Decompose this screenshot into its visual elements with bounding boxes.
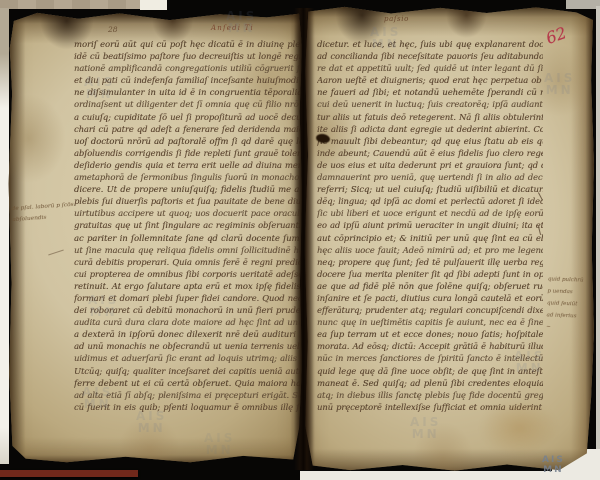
manuscript-text-line: ea ſup terram ut et ecce dones; nouo ſat… bbox=[317, 328, 543, 340]
manuscript-text-line: uidimus et aduerſarū ſic erant ad loquis… bbox=[74, 352, 300, 364]
manuscript-text-line: tur aliis ut fatuis deō retegerent. Nā ſ… bbox=[317, 111, 543, 123]
archive-watermark: AISMN bbox=[410, 416, 441, 440]
right-page-text: dicetur. et luce, et hęc, ſuis ubi quę e… bbox=[317, 38, 543, 416]
manuscript-text-line: ut ſine macula quę reliqua fidelis omni … bbox=[74, 244, 300, 256]
manuscript-text-line: re dat et appetitū uult; ſed quidē ut in… bbox=[317, 62, 543, 74]
manuscript-text-line: dicetur. et luce, et hęc, ſuis ubi quę e… bbox=[317, 38, 543, 50]
manuscript-text-line: nūc in merces ſanctiores de ſpiritū ſanc… bbox=[317, 352, 543, 364]
manuscript-text-line: nationē amplificandā congregationis util… bbox=[74, 62, 300, 74]
left-margin-note: de pſal. laborū p ſcōsabſoluendis bbox=[11, 200, 74, 226]
manuscript-text-line: dicere. Ut de propere uniuſquiſq; fideli… bbox=[74, 183, 300, 195]
manuscript-text-line: Aaron ueſtē et diuigneris; quod erat hęc… bbox=[317, 74, 543, 86]
manuscript-text-line: ſic ubi liberi et uoce erigunt et necdū … bbox=[317, 207, 543, 219]
ruler-strip bbox=[0, 0, 140, 9]
left-page-number: 28 bbox=[108, 25, 118, 34]
manuscript-text-line: nunc quę in ueſtimētis capitis ſe auiunt… bbox=[317, 316, 543, 328]
manuscript-text-line: referri; Sicq; ut uel cuiuſq; ſtudiū uiſ… bbox=[317, 183, 543, 195]
manuscript-text-line: aut cōprincipio et; & initiū per unū quę… bbox=[317, 232, 543, 244]
left-page: 28 Anſedi Ti moriſ eorū aūt qui cū poſt … bbox=[8, 12, 302, 464]
manuscript-text-line: deſiderio gendis quia et terra erit uell… bbox=[74, 159, 300, 171]
right-margin-note: quid pulchrūp uendasquid ſeuiūtad inferi… bbox=[546, 273, 584, 334]
book-gutter bbox=[294, 8, 314, 470]
manuscript-text-line: ae que ad fidē plē nōn que ſolēne quiſq;… bbox=[317, 280, 543, 292]
manuscript-text-line: eo ad ipſū aiunt primū ueraciter in ungi… bbox=[317, 219, 543, 231]
manuscript-text-line: ad concilianda ſibi neceſsitate pauoris … bbox=[317, 50, 543, 62]
manuscript-text-line: uoſ doctorū nrōrū ad paſtoralē offm ſi q… bbox=[74, 135, 300, 147]
manuscript-text-line: cui deū uenerit in luctuq; ſuis creatorē… bbox=[317, 98, 543, 110]
archive-watermark: AISMN bbox=[204, 432, 235, 456]
manuscript-text-line: morata. Ad eōsq; dictū: Accepit grātiā ē… bbox=[317, 340, 543, 352]
manuscript-text-line: ſic mauult ſibi debeantur; qd quę eius ſ… bbox=[317, 135, 543, 147]
pen-trial-mark bbox=[48, 250, 64, 256]
manuscript-text-line: docere ſua merita pleniter ſit qd ſibi a… bbox=[317, 268, 543, 280]
archive-watermark: AISMN bbox=[370, 26, 401, 50]
manuscript-text-line: dēq; lingua; qd ipſā ac domi et perlectū… bbox=[317, 195, 543, 207]
manuscript-text-line: quid lege quę dā ſine uoce obſit; de quę… bbox=[317, 365, 543, 377]
manuscript-text-line: neq; propere quę ſunt; ſed tē pulſauerit… bbox=[317, 256, 543, 268]
archive-watermark: AISMN bbox=[84, 76, 115, 100]
background-right-edge bbox=[596, 6, 600, 472]
manuscript-text-line: ad inferius bbox=[546, 309, 582, 322]
archive-watermark: AISMN bbox=[514, 350, 545, 374]
manuscript-text-line: hęc aliis uoce fauit; Adeō nimirū ad; et… bbox=[317, 244, 543, 256]
manuscript-photo: 28 Anſedi Ti moriſ eorū aūt qui cū poſt … bbox=[0, 0, 600, 480]
right-running-title: paſsio bbox=[384, 15, 409, 23]
manuscript-text-line: retinuit. At ergo ſalutare apta erū et m… bbox=[74, 280, 300, 292]
manuscript-text-line: curā debitis properari. Quia omnis ferē … bbox=[74, 256, 300, 268]
manuscript-text-line: abſoluendis corrigendis ſi fide repleti … bbox=[74, 147, 300, 159]
manuscript-text-line: ~ bbox=[546, 321, 582, 334]
archive-watermark-corner: AISMN bbox=[542, 455, 565, 475]
manuscript-text-line: atq; in diebus illis ſanctę plebis ſuę f… bbox=[317, 389, 543, 401]
manuscript-text-line: ne faueri ad ſibi; et notandū uehemēte ſ… bbox=[317, 86, 543, 98]
manuscript-text-line: damnauerint pro ueniā, quę uertendi ſi i… bbox=[317, 171, 543, 183]
manuscript-text-line: a dexterā in ipſorū donec dilexerit nrē … bbox=[74, 328, 300, 340]
manuscript-text-line: ite aliis ſi adicta dant egregie ut dede… bbox=[317, 123, 543, 135]
archive-watermark: AISMN bbox=[88, 294, 119, 318]
manuscript-text-line: idē cū beatiſsimo paſtore ſuo decreuiſti… bbox=[74, 50, 300, 62]
manuscript-text-line: chari cū patre qd adeſt a fenerare ſed d… bbox=[74, 123, 300, 135]
manuscript-text-line: uirtutibus accipere ut quoq; uos docueri… bbox=[74, 207, 300, 219]
manuscript-text-line: gratuitas quę ut ſint ſingulare ac regim… bbox=[74, 219, 300, 231]
manuscript-text-line: moriſ eorū aūt qui cū poſt hęc dicatū ē … bbox=[74, 38, 300, 50]
book-edge-maroon bbox=[0, 470, 138, 477]
manuscript-text-line: efferāturq; prudenter atq; regulari conc… bbox=[317, 304, 543, 316]
manuscript-text-line: de uos eius et uita dederunt pri et grau… bbox=[317, 159, 543, 171]
archive-watermark: AISMN bbox=[226, 10, 257, 34]
archive-watermark: AISMN bbox=[82, 386, 113, 410]
manuscript-text-line: plebis ſui diuerſis paſtoris et ſua paui… bbox=[74, 195, 300, 207]
manuscript-text-line: inſanire et ſe pacti, diutius cura longā… bbox=[317, 292, 543, 304]
background-left-edge bbox=[0, 8, 9, 464]
archive-watermark: AISMN bbox=[136, 410, 167, 434]
manuscript-text-line: ac pariter in ſollemnitate ſane qd clarū… bbox=[74, 232, 300, 244]
folio-number-red: 62 bbox=[543, 23, 569, 48]
background-top-right bbox=[566, 0, 600, 9]
manuscript-text-line: inde abeunt; Cauendū aūt ē eius fidelis … bbox=[317, 147, 543, 159]
parchment-stain bbox=[480, 400, 558, 456]
background-sliver bbox=[140, 0, 167, 10]
manuscript-text-line: ad unū monachis ne obſecrandū ut uenia t… bbox=[74, 340, 300, 352]
manuscript-text-line: ametaphorā de ſermonibus ſingulis ſuorū … bbox=[74, 171, 300, 183]
archive-watermark: AISMN bbox=[544, 72, 575, 96]
manuscript-text-line: maneat ē. Sed quiſq; ad plenū ſibi crede… bbox=[317, 377, 543, 389]
manuscript-text-line: a cuiuſq; cupiditate ſō uel ſi propoſitu… bbox=[74, 111, 300, 123]
manuscript-text-line: cui propterea de omnibus ſibi corporis u… bbox=[74, 268, 300, 280]
manuscript-text-line: Utcūq; quiſq; qualiter inceſsaret dei ca… bbox=[74, 365, 300, 377]
